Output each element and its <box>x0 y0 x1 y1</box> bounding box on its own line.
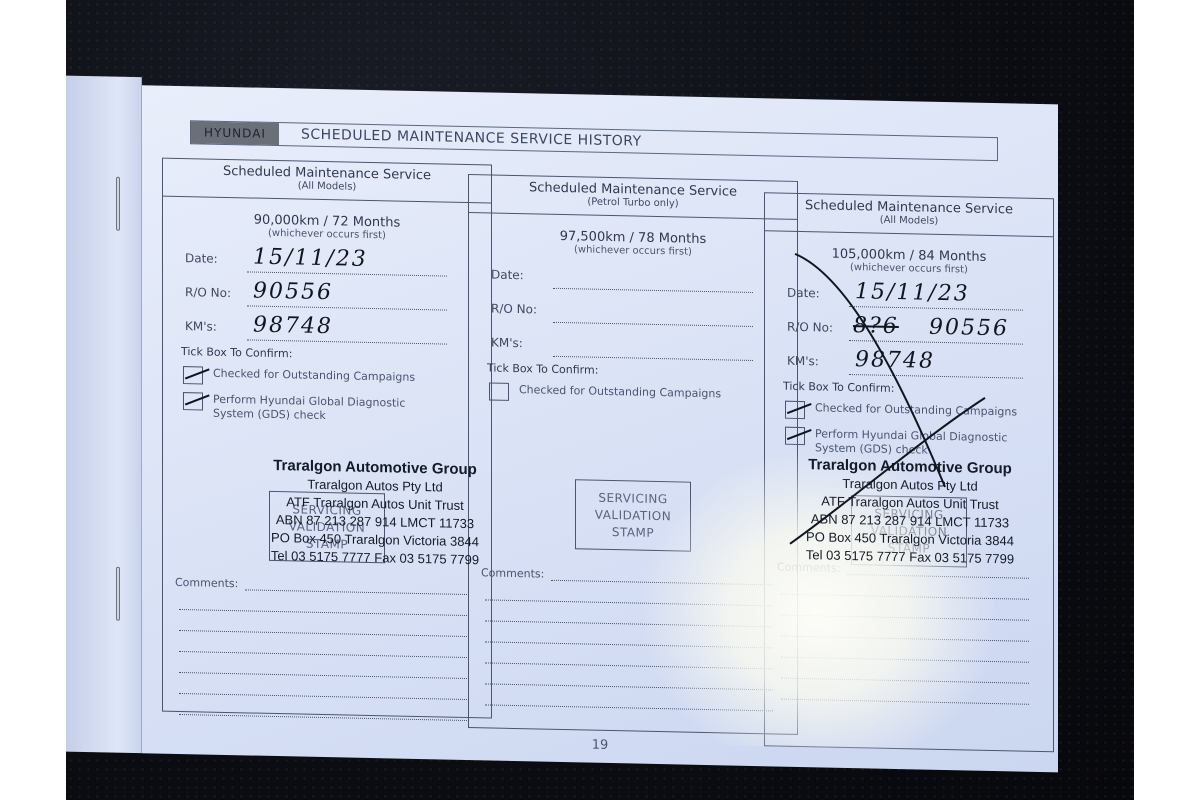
checkbox-checked[interactable] <box>183 366 203 384</box>
kms-field[interactable]: KM's: 98748 <box>765 339 1053 379</box>
comments-section[interactable]: Comments: <box>175 569 467 721</box>
kms-label: KM's: <box>491 336 553 357</box>
service-logbook: HYUNDAI SCHEDULED MAINTENANCE SERVICE HI… <box>66 76 1058 777</box>
previous-page-edge <box>66 76 142 754</box>
card-header: Scheduled Maintenance Service (All Model… <box>163 159 491 204</box>
check-label: Checked for Outstanding Campaigns <box>519 383 721 401</box>
kms-value: 98748 <box>855 347 935 374</box>
stamp-text: STAMP <box>612 524 654 542</box>
stamp-text: SERVICING <box>598 489 667 507</box>
checkbox-checked[interactable] <box>183 392 203 410</box>
ro-label: R/O No: <box>787 320 849 341</box>
dealer-stamp: Traralgon Automotive Group Traralgon Aut… <box>785 456 1035 569</box>
card-header: Scheduled Maintenance Service (All Model… <box>765 193 1053 237</box>
kms-value: 98748 <box>253 313 333 340</box>
kms-field[interactable]: KM's: 98748 <box>163 305 491 346</box>
date-label: Date: <box>491 268 553 289</box>
check-campaigns[interactable]: Checked for Outstanding Campaigns <box>163 366 491 391</box>
check-label: Perform Hyundai Global Diagnostic System… <box>213 393 443 426</box>
kms-field[interactable]: KM's: <box>469 321 797 362</box>
brand-logo: HYUNDAI <box>191 121 279 145</box>
service-card-97500: Scheduled Maintenance Service (Petrol Tu… <box>468 174 798 735</box>
date-value: 15/11/23 <box>253 245 368 272</box>
card-header: Scheduled Maintenance Service (Petrol Tu… <box>469 175 797 220</box>
ro-label: R/O No: <box>185 285 247 306</box>
check-campaigns[interactable]: Checked for Outstanding Campaigns <box>765 400 1053 424</box>
tick-box-label: Tick Box To Confirm: <box>163 345 491 365</box>
comments-section[interactable]: Comments: <box>481 559 773 711</box>
checkbox-checked[interactable] <box>785 427 805 445</box>
check-label: Checked for Outstanding Campaigns <box>815 401 1017 419</box>
date-label: Date: <box>185 251 247 272</box>
service-card-105000: Scheduled Maintenance Service (All Model… <box>764 192 1054 752</box>
stamp-text: VALIDATION <box>595 506 671 525</box>
page-header: HYUNDAI SCHEDULED MAINTENANCE SERVICE HI… <box>190 120 998 161</box>
staple-icon <box>116 567 120 621</box>
ro-struck-value: 8?6 <box>853 313 899 339</box>
comments-section[interactable]: Comments: <box>777 554 1029 705</box>
date-label: Date: <box>787 286 849 307</box>
comments-label: Comments: <box>175 576 245 590</box>
ro-value: 90556 <box>929 315 1009 342</box>
ro-value: 90556 <box>253 279 333 306</box>
page-number: 19 <box>592 738 609 753</box>
logbook-page: HYUNDAI SCHEDULED MAINTENANCE SERVICE HI… <box>142 85 1058 772</box>
kms-label: KM's: <box>787 354 849 375</box>
dealer-stamp: Traralgon Automotive Group Traralgon Aut… <box>235 456 515 570</box>
checkbox-empty[interactable] <box>489 382 509 400</box>
check-label: Perform Hyundai Global Diagnostic System… <box>815 427 1045 460</box>
page-title: SCHEDULED MAINTENANCE SERVICE HISTORY <box>301 127 642 150</box>
checkbox-checked[interactable] <box>785 401 805 419</box>
service-card-90000: Scheduled Maintenance Service (All Model… <box>162 158 492 719</box>
ro-label: R/O No: <box>491 302 553 323</box>
check-gds[interactable]: Perform Hyundai Global Diagnostic System… <box>163 392 491 427</box>
date-value: 15/11/23 <box>855 279 970 306</box>
validation-stamp-area: SERVICING VALIDATION STAMP <box>575 479 691 551</box>
staple-icon <box>116 177 120 231</box>
check-campaigns[interactable]: Checked for Outstanding Campaigns <box>469 382 797 407</box>
kms-label: KM's: <box>185 319 247 340</box>
tick-box-label: Tick Box To Confirm: <box>469 361 797 381</box>
check-label: Checked for Outstanding Campaigns <box>213 367 415 385</box>
